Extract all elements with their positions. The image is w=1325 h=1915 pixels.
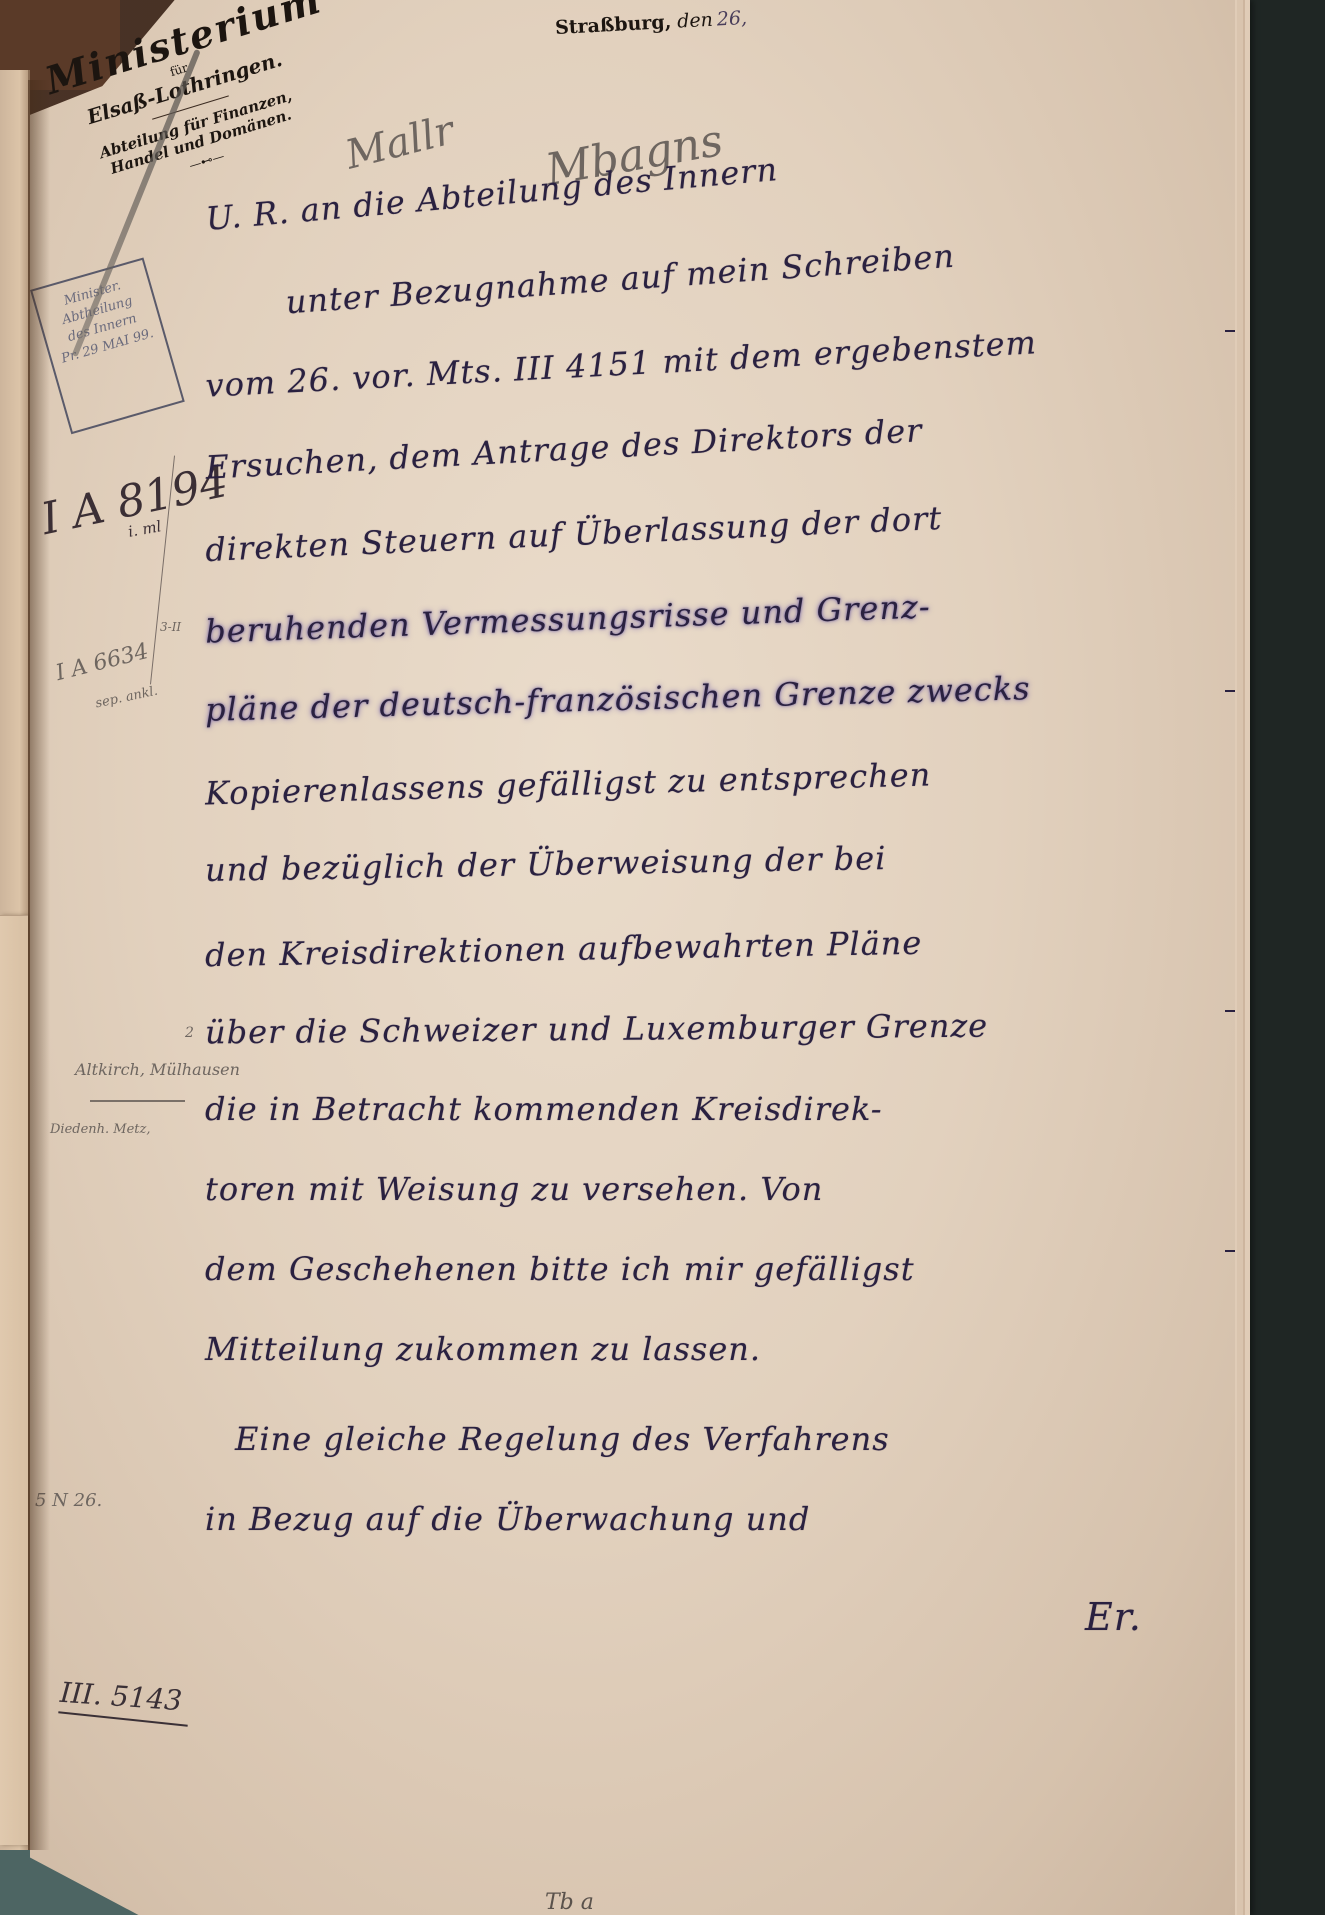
gutter-shadow bbox=[28, 80, 50, 1850]
margin-reference-3-note: Diedenh. Metz, bbox=[50, 1122, 151, 1137]
den: den bbox=[677, 9, 714, 33]
margin-tick bbox=[1225, 690, 1235, 692]
margin-reference-3-rule bbox=[90, 1100, 185, 1102]
margin-tick bbox=[1225, 330, 1235, 332]
day: 26, bbox=[716, 7, 747, 31]
body-line-16: Eine gleiche Regelung des Verfahrens bbox=[235, 1420, 890, 1458]
document-photo: Ministerium für Elsaß-Lothringen. Abteil… bbox=[0, 0, 1325, 1915]
body-line-13: toren mit Weisung zu versehen. Von bbox=[205, 1170, 823, 1208]
bottom-mark: Tb a bbox=[545, 1890, 594, 1915]
body-line-14: dem Geschehenen bitte ich mir gefälligst bbox=[205, 1250, 915, 1288]
sign-off: Er. bbox=[1085, 1595, 1142, 1639]
margin-reference-2-sup: 3-II bbox=[160, 620, 181, 634]
margin-tick bbox=[1225, 1250, 1235, 1252]
body-line-12: die in Betracht kommenden Kreisdirek- bbox=[205, 1090, 883, 1128]
margin-tick bbox=[1225, 1010, 1235, 1012]
dark-background bbox=[1250, 0, 1325, 1915]
body-line-11: über die Schweizer und Luxemburger Grenz… bbox=[205, 1007, 988, 1052]
margin-reference-3-sup: 2 bbox=[185, 1025, 194, 1041]
margin-reference-3: Altkirch, Mülhausen bbox=[75, 1060, 240, 1079]
inserted-slip bbox=[0, 915, 28, 1845]
body-line-17: in Bezug auf die Überwachung und bbox=[205, 1500, 810, 1538]
body-line-15: Mitteilung zukommen zu lassen. bbox=[205, 1330, 761, 1368]
